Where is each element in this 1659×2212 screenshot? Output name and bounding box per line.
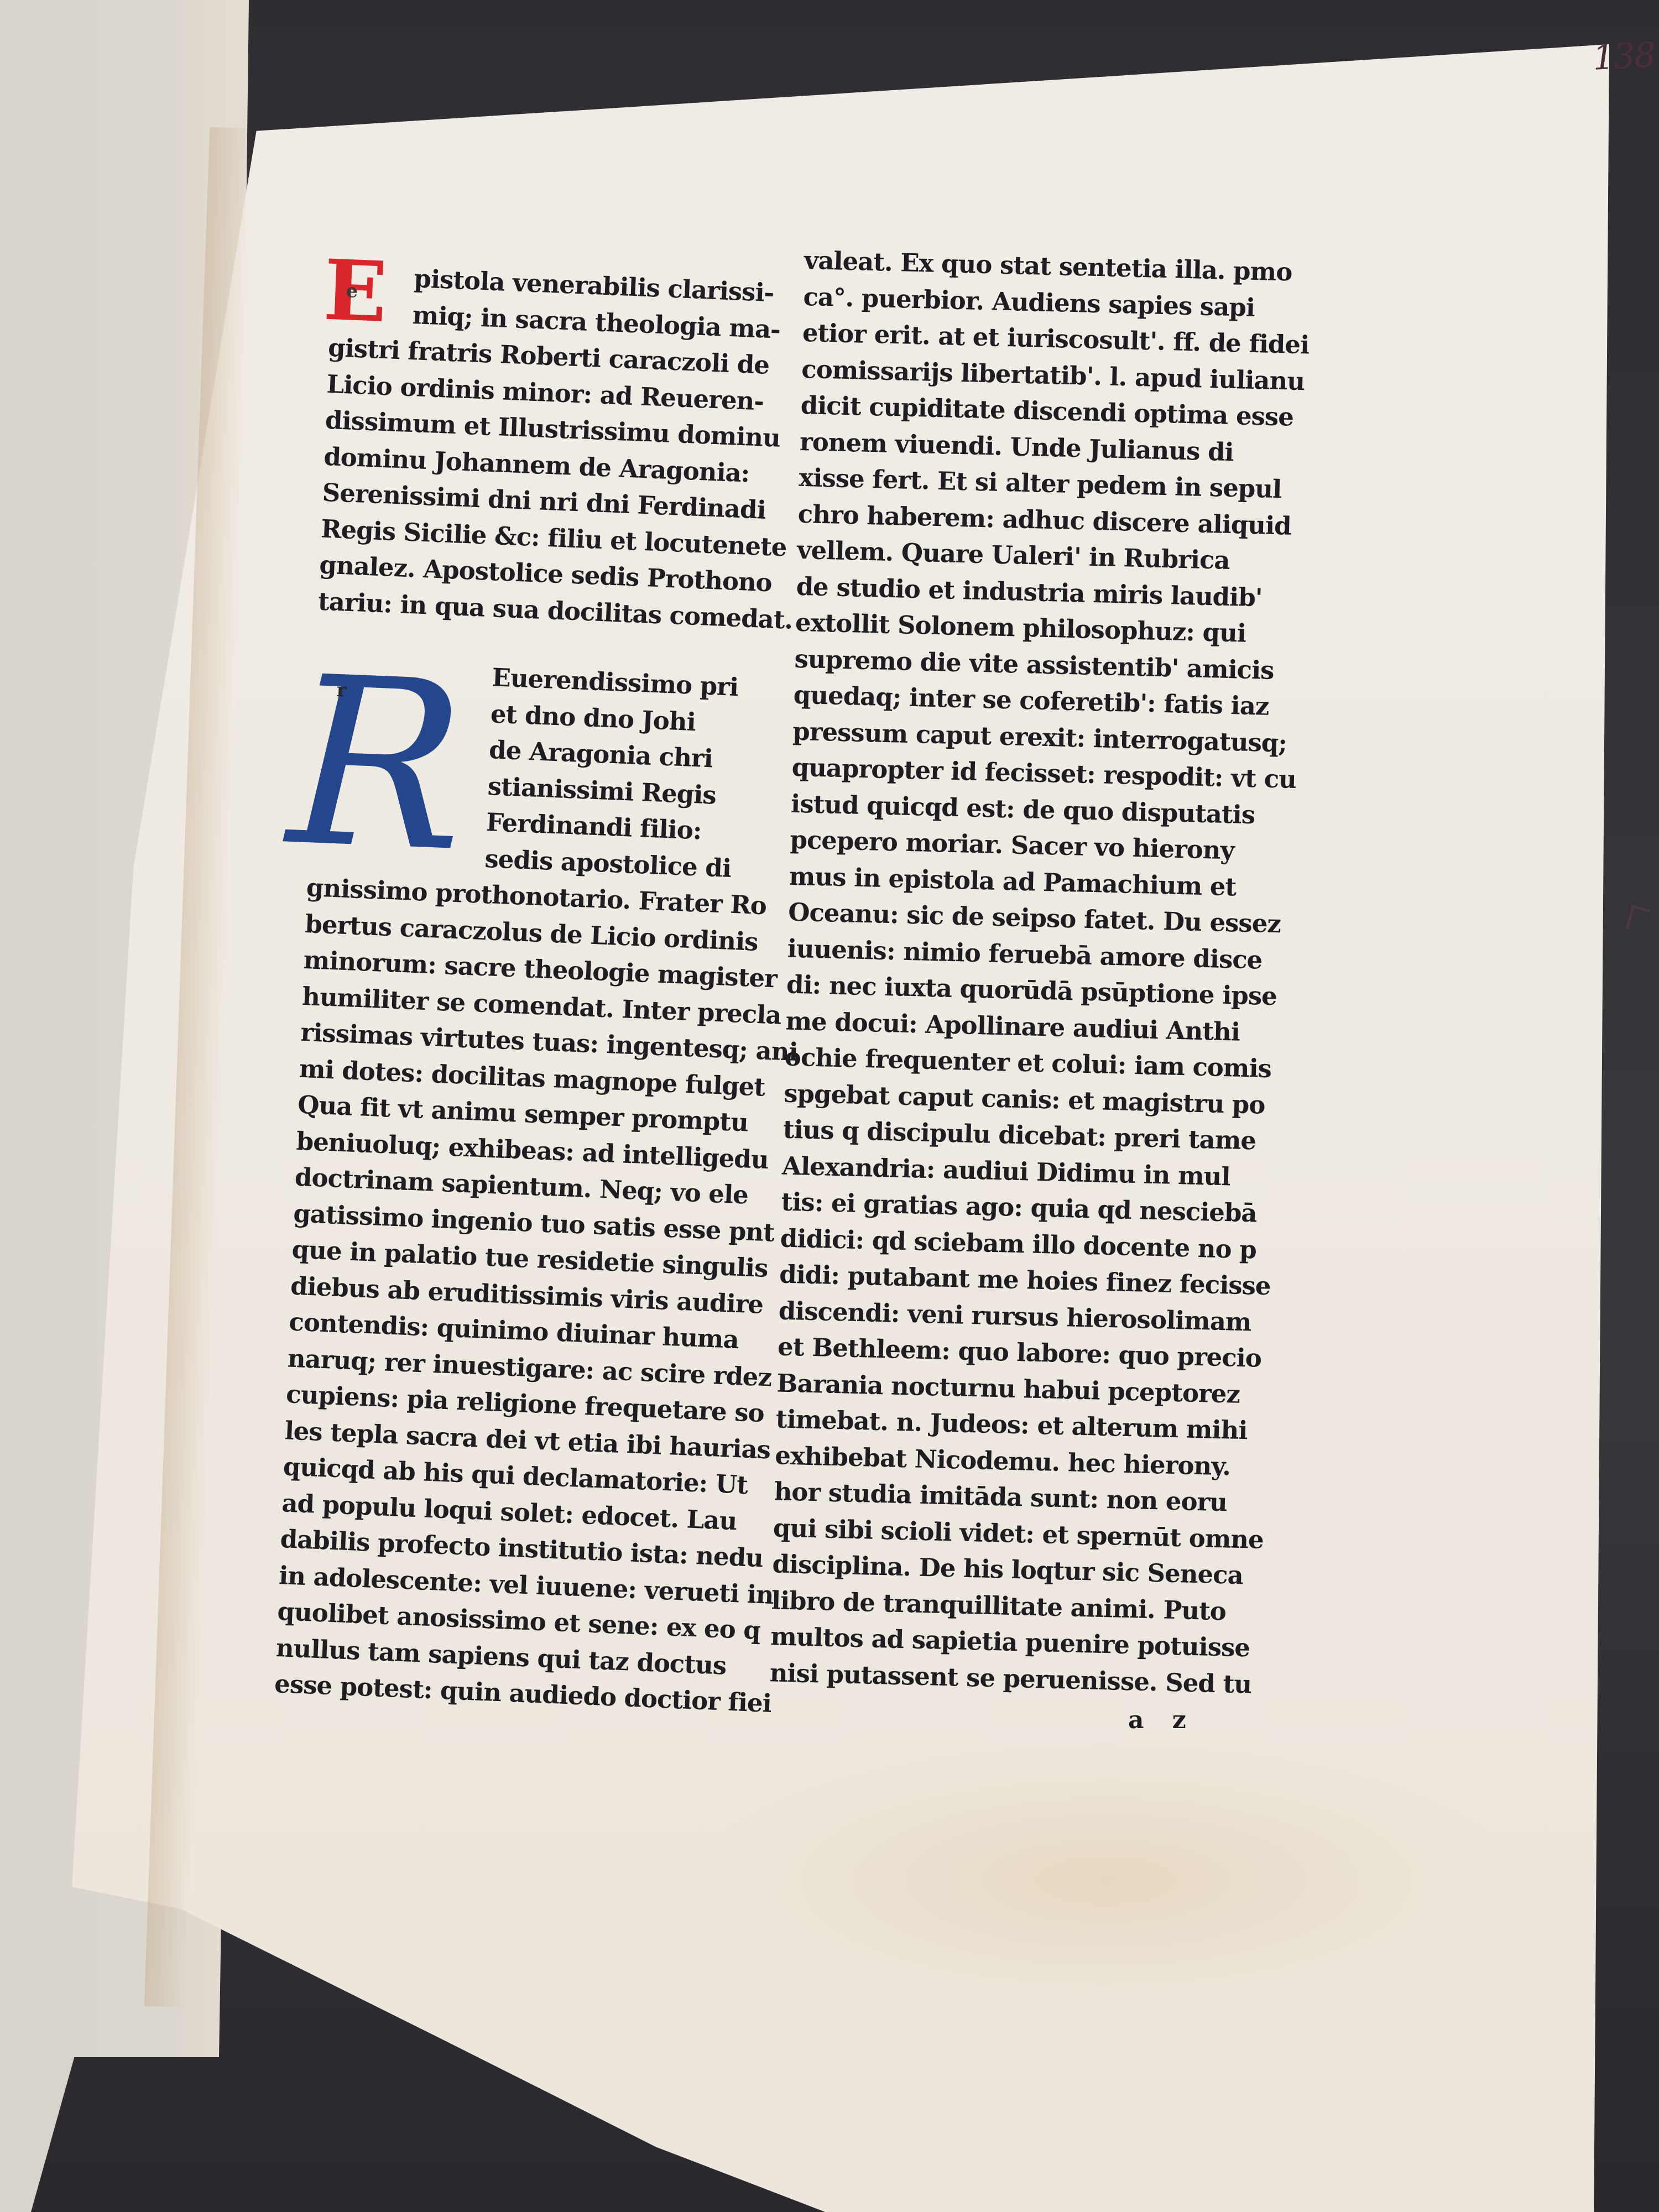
signature-mark: a z xyxy=(1128,1706,1196,1734)
left-column: E e pistola venerabilis clarissi- miq; i… xyxy=(274,257,829,1721)
heading-block: E e pistola venerabilis clarissi- miq; i… xyxy=(317,257,829,639)
right-column: valeat. Ex quo stat sentetia illa. pmo c… xyxy=(769,242,1311,1703)
body-block: R r Euerendissimo pri et dno dno Johi de… xyxy=(274,652,813,1721)
guide-letter-e: e xyxy=(345,273,358,310)
paper-stain xyxy=(691,1742,1521,2018)
blue-initial-r: R xyxy=(285,651,468,879)
guide-letter-r: r xyxy=(336,672,347,709)
folio-number: 138 xyxy=(1592,34,1656,78)
